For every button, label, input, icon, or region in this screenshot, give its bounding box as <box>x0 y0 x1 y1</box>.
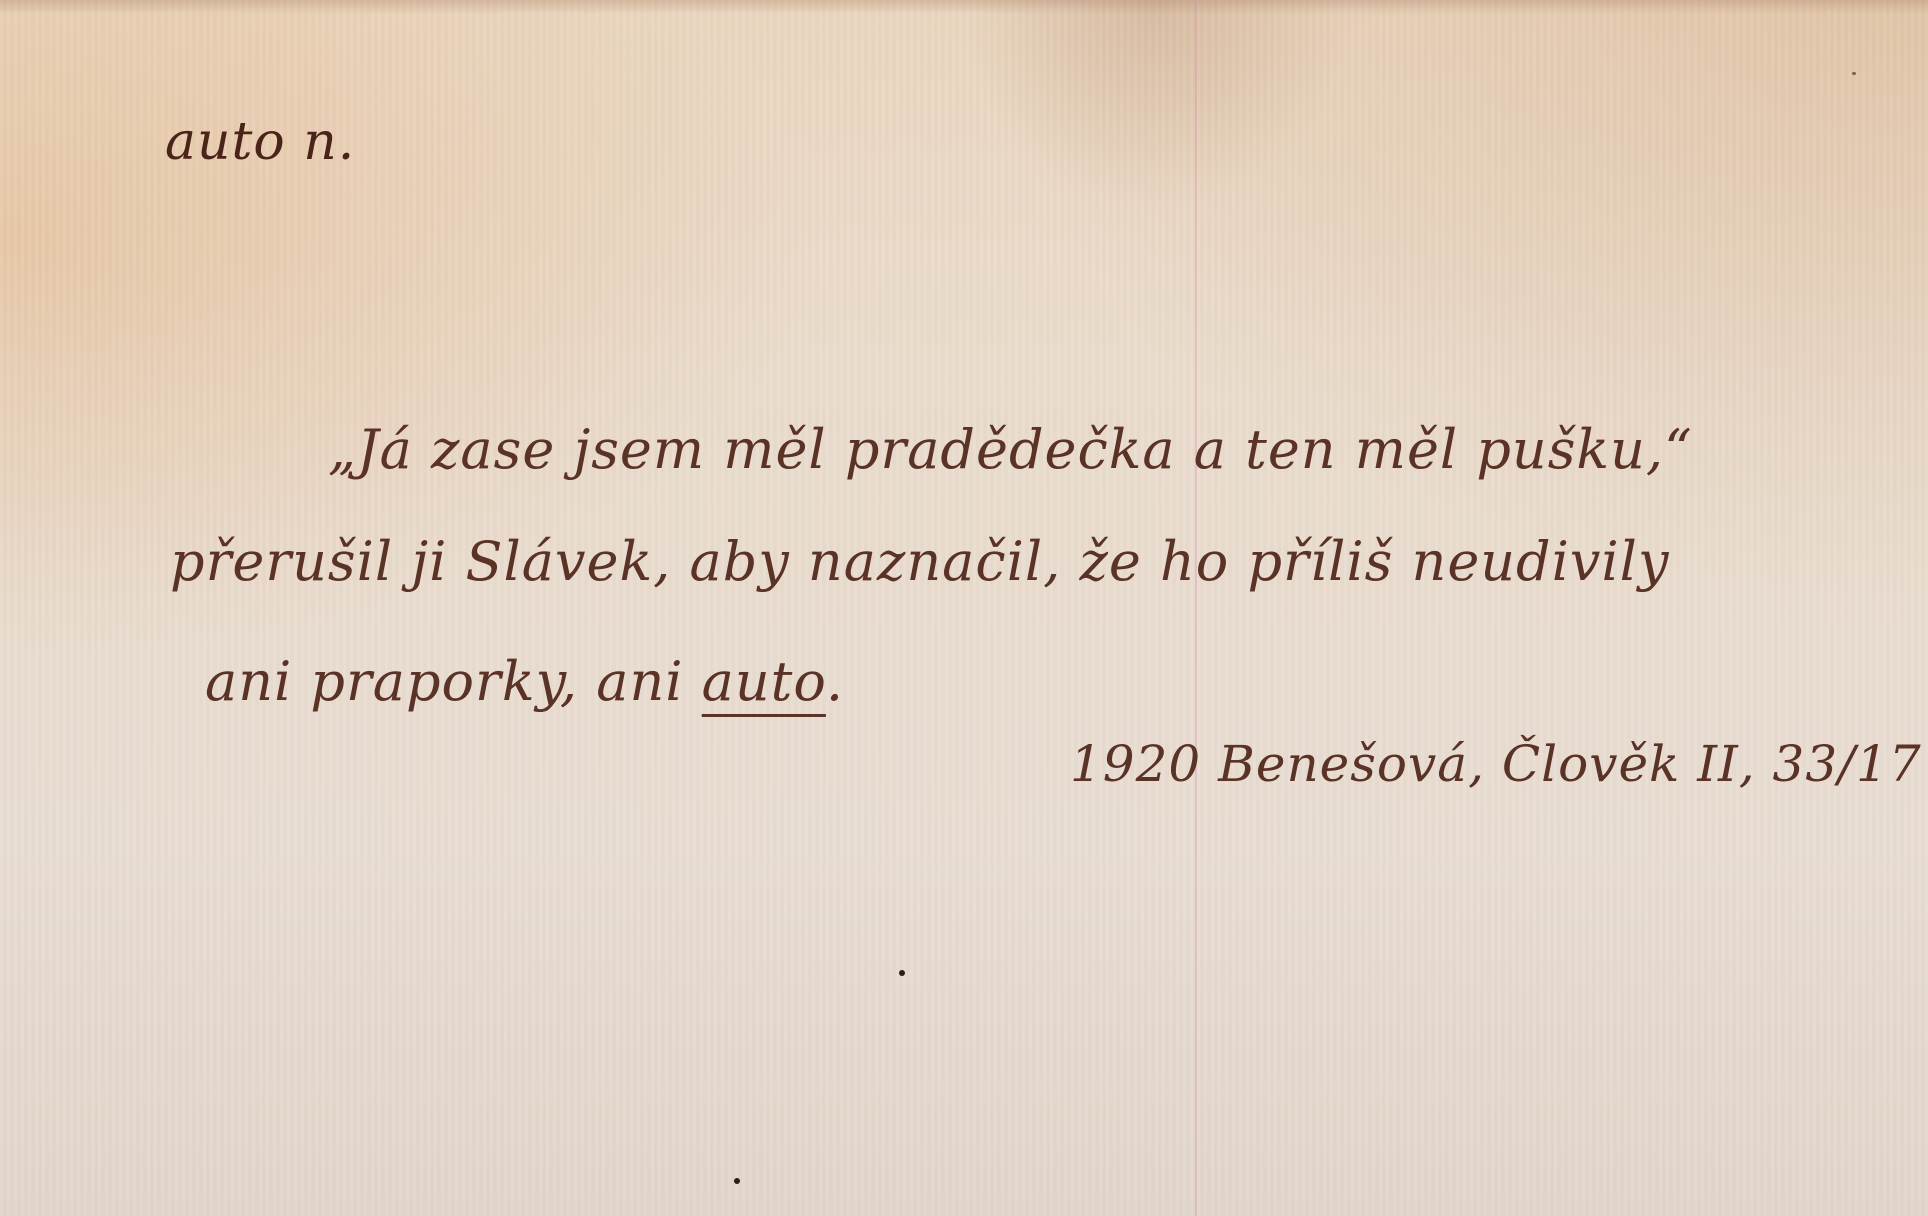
ink-speck <box>899 970 905 976</box>
source-citation: 1920 Benešová, Člověk II, 33/17 <box>1070 735 1922 793</box>
margin-rule <box>1195 0 1197 1216</box>
headword: auto n. <box>165 112 355 172</box>
ink-speck <box>734 1178 740 1184</box>
underlined-headword-occurrence: auto <box>702 650 826 713</box>
paper-edge-shadow <box>0 0 1928 14</box>
quotation-line-3-before: ani praporky, ani <box>205 650 702 713</box>
quotation-line-3: ani praporky, ani auto. <box>205 650 844 713</box>
lexicographic-slip: auto n. „Já zase jsem měl pradědečka a t… <box>0 0 1928 1216</box>
ink-speck <box>1852 72 1856 75</box>
paper-texture <box>0 0 1928 1216</box>
quotation-line-2: přerušil ji Slávek, aby naznačil, že ho … <box>170 530 1669 593</box>
quotation-line-3-after: . <box>826 650 844 713</box>
quotation-line-1: „Já zase jsem měl pradědečka a ten měl p… <box>328 418 1693 481</box>
